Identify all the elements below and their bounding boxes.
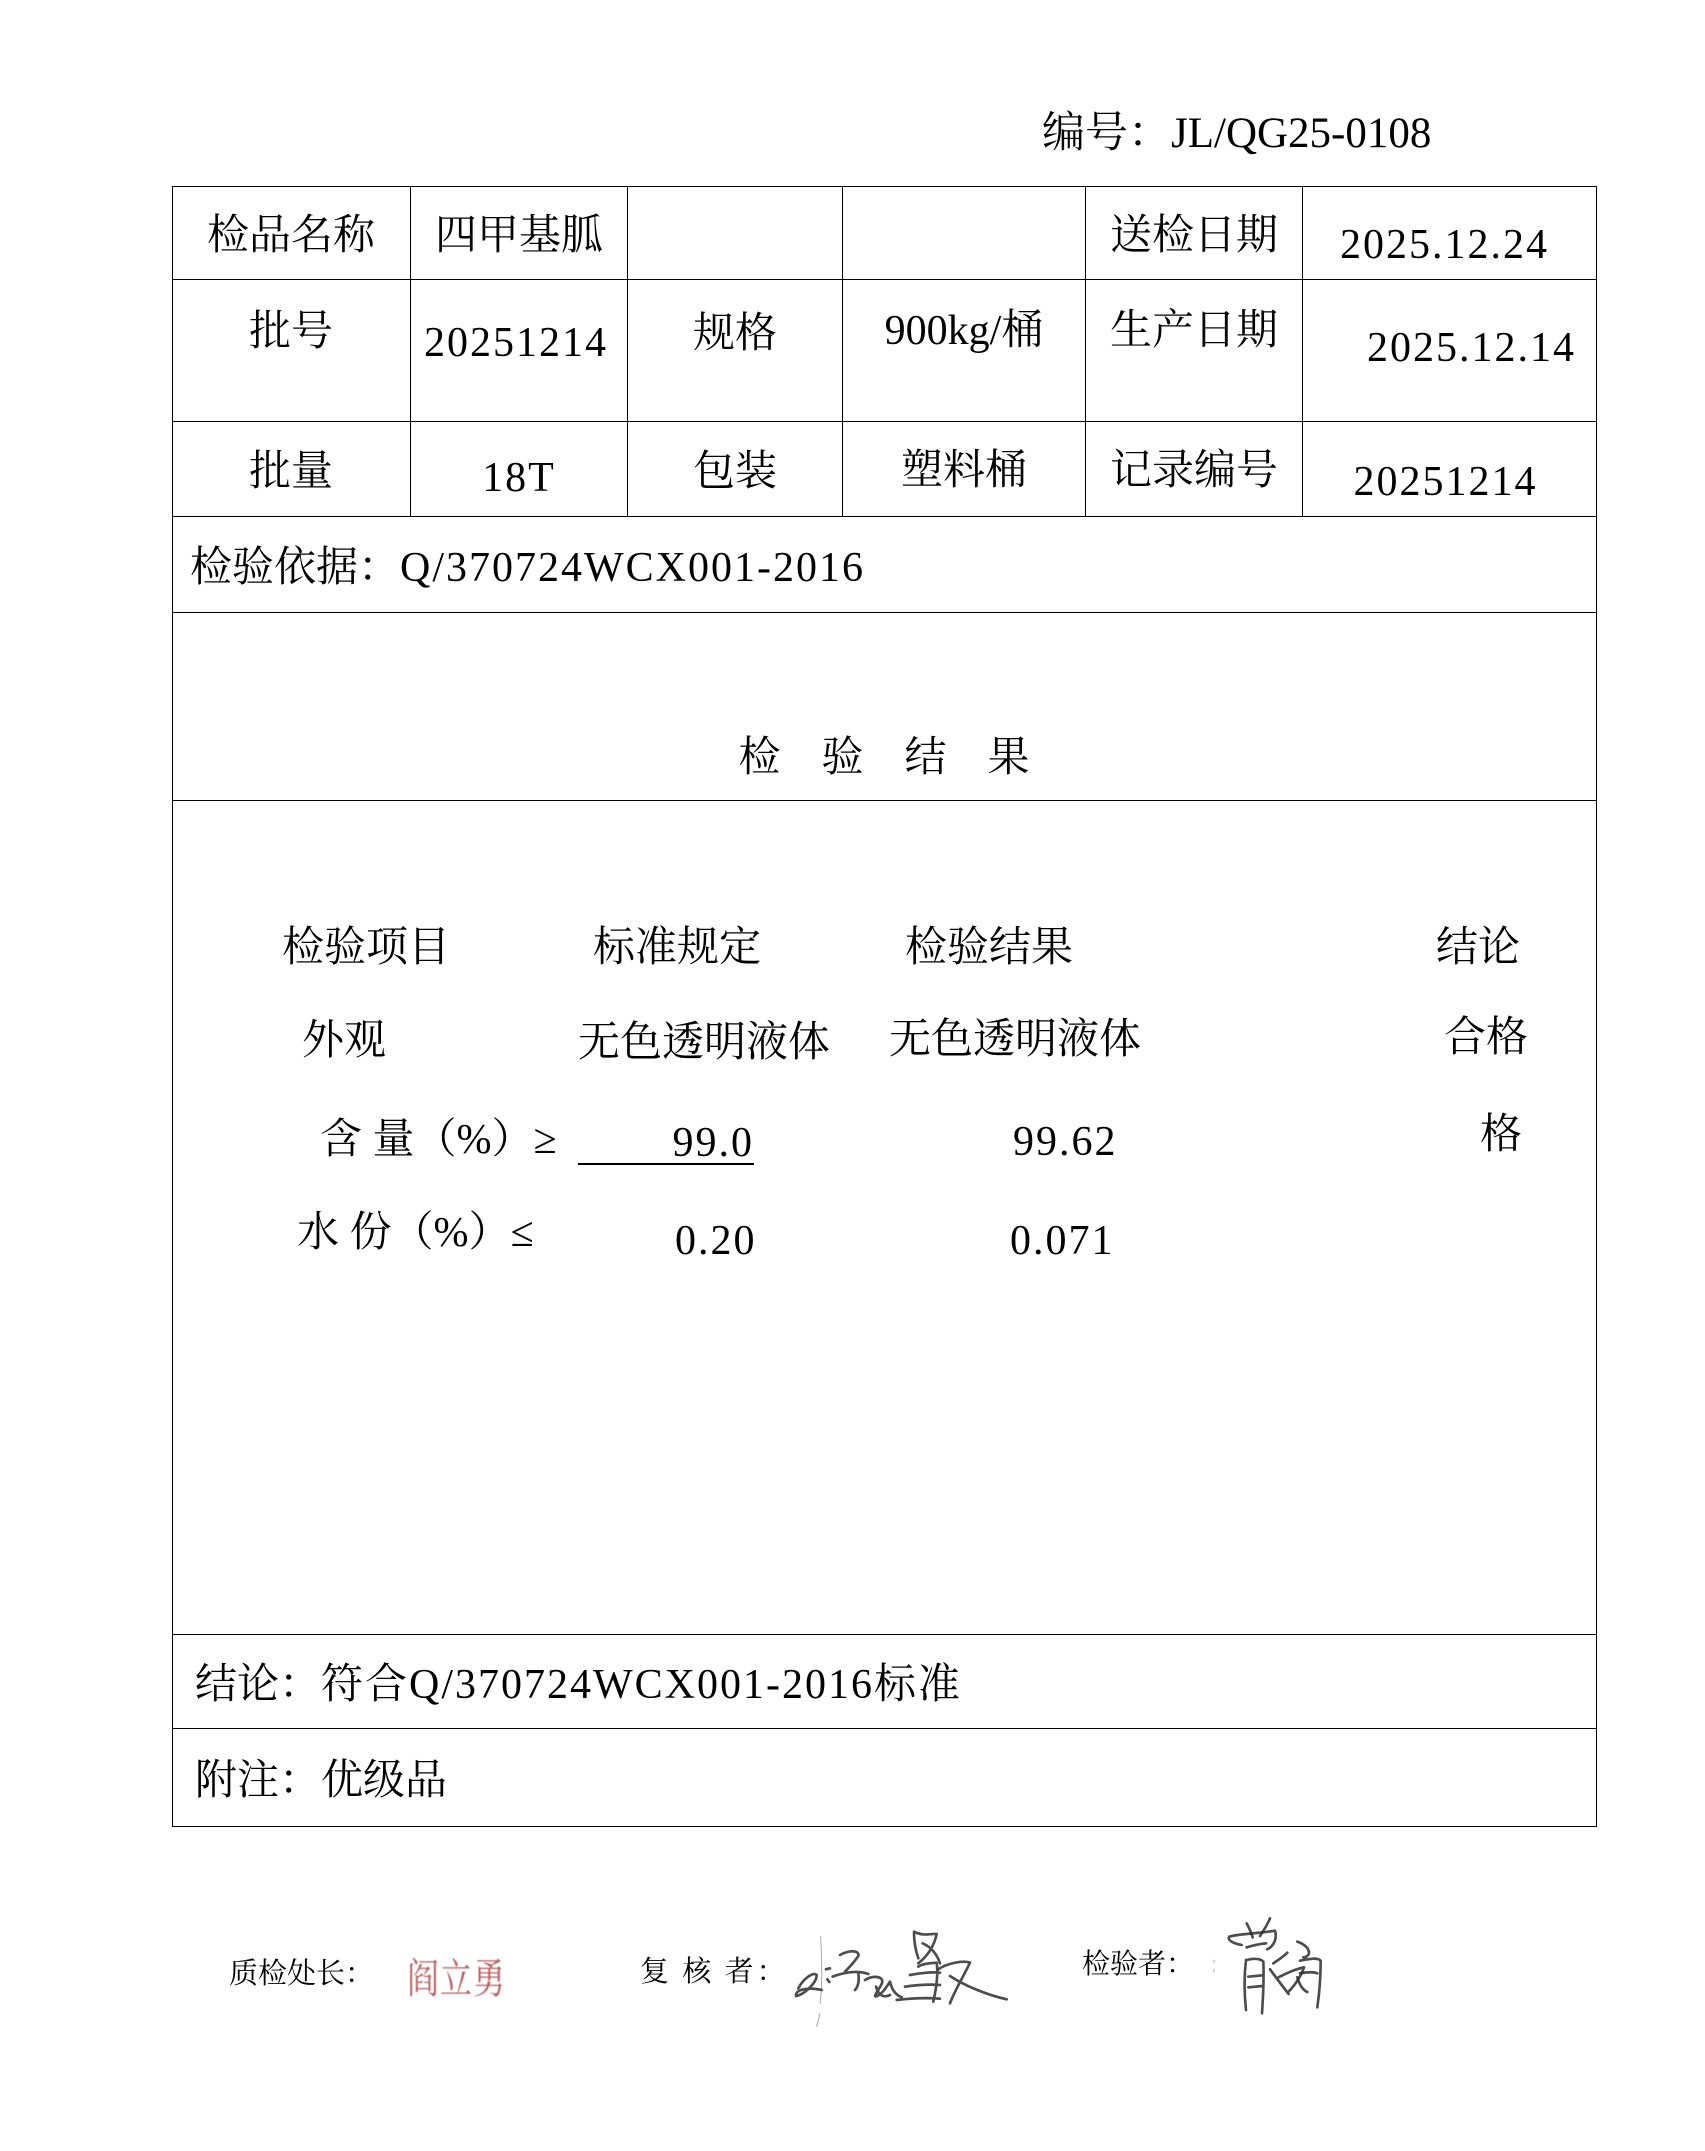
handwritten-signature-icon [790, 1920, 1010, 2040]
document-number-label: 编号： [1042, 110, 1171, 157]
results-section-title: 检验结果 [172, 737, 1596, 779]
sample-name-value: 四甲基胍 [411, 215, 627, 257]
batch-no-value: 20251214 [411, 322, 627, 364]
cell-inspection-basis: 检验依据：Q/370724WCX001-2016 [172, 517, 1597, 613]
handwritten-signature-icon [1210, 1910, 1340, 2030]
submit-date-value: 2025.12.24 [1303, 224, 1596, 266]
cell-batch-no-label: 批号 [172, 280, 411, 422]
inspection-basis-label: 检验依据： [190, 545, 400, 591]
spec-label: 规格 [628, 313, 842, 355]
column-header-result: 检验结果 [905, 927, 1073, 969]
record-no-label: 记录编号 [1086, 450, 1302, 492]
note: 附注：优级品 [195, 1760, 447, 1802]
conclusion: 结论：符合Q/370724WCX001-2016标准 [195, 1664, 962, 1706]
spec-value: 900kg/桶 [843, 310, 1085, 352]
document-number: 编号：JL/QG25-0108 [1042, 112, 1431, 155]
cell-spec-label: 规格 [628, 280, 843, 422]
note-value: 优级品 [321, 1758, 447, 1804]
result-value-moisture: 0.071 [1010, 1220, 1115, 1262]
batch-qty-label: 批量 [172, 451, 410, 493]
inspector-label: 检验者： [1082, 1951, 1194, 1979]
result-conclusion-appearance: 合格 [1444, 1017, 1528, 1059]
result-item-moisture: 水 份（%）≤ [297, 1212, 534, 1254]
cell-spec: 900kg/桶 [843, 280, 1086, 422]
packaging-label: 包装 [628, 451, 842, 493]
cell-empty-1 [628, 186, 843, 280]
cell-batch-qty-label: 批量 [172, 422, 411, 517]
result-item-appearance: 外观 [302, 1020, 386, 1062]
record-no-value: 20251214 [1303, 461, 1596, 503]
column-header-item: 检验项目 [282, 927, 450, 969]
sample-name-label: 检品名称 [172, 215, 410, 257]
inspection-basis: 检验依据：Q/370724WCX001-2016 [190, 547, 865, 589]
conclusion-value: 符合Q/370724WCX001-2016标准 [321, 1662, 962, 1708]
cell-batch-qty: 18T [411, 422, 628, 517]
cell-submit-date-label: 送检日期 [1086, 186, 1303, 280]
result-value-content: 99.62 [1013, 1121, 1118, 1163]
cell-sample-name: 四甲基胍 [411, 186, 628, 280]
conclusion-label: 结论： [195, 1662, 321, 1708]
inspector-signature [1210, 1910, 1340, 2030]
cell-production-date: 2025.12.14 [1303, 280, 1597, 422]
cell-batch-no: 20251214 [411, 280, 628, 422]
document-number-value: JL/QG25-0108 [1171, 110, 1431, 157]
qc-director-label: 质检处长： [229, 1960, 374, 1989]
cell-packaging: 塑料桶 [843, 422, 1086, 517]
result-standard-moisture: 0.20 [675, 1220, 757, 1262]
cell-note: 附注：优级品 [172, 1729, 1597, 1827]
inspection-sheet: 检品名称 四甲基胍 送检日期 2025.12.24 批号 20251214 规格… [172, 186, 1597, 1827]
cell-packaging-label: 包装 [628, 422, 843, 517]
cell-submit-date: 2025.12.24 [1303, 186, 1597, 280]
batch-qty-value: 18T [411, 457, 627, 499]
cell-production-date-label: 生产日期 [1086, 280, 1303, 422]
production-date-label: 生产日期 [1086, 310, 1302, 352]
inspection-basis-value: Q/370724WCX001-2016 [400, 545, 865, 591]
column-header-conclusion: 结论 [1436, 927, 1520, 969]
result-standard-appearance: 无色透明液体 [578, 1022, 830, 1064]
result-conclusion-content: 格 [1480, 1114, 1522, 1156]
qc-director-stamp: 阎立勇 [407, 1958, 506, 2000]
cell-results-title: 检验结果 [172, 613, 1597, 801]
results-area: 检验项目 标准规定 检验结果 结论 外观 无色透明液体 无色透明液体 合格 含 … [172, 801, 1597, 1635]
result-item-content: 含 量（%）≥ [320, 1119, 557, 1161]
production-date-value: 2025.12.14 [1303, 327, 1596, 369]
note-label: 附注： [195, 1758, 321, 1804]
cell-empty-2 [843, 186, 1086, 280]
column-header-standard: 标准规定 [593, 927, 761, 969]
submit-date-label: 送检日期 [1086, 215, 1302, 257]
cell-sample-name-label: 检品名称 [172, 186, 411, 280]
cell-record-no-label: 记录编号 [1086, 422, 1303, 517]
batch-no-label: 批号 [172, 311, 410, 353]
cell-conclusion: 结论：符合Q/370724WCX001-2016标准 [172, 1635, 1597, 1729]
reviewer-label: 复 核 者： [640, 1958, 789, 1987]
reviewer-signature [790, 1920, 1010, 2040]
result-standard-content: 99.0 [578, 1124, 754, 1165]
cell-record-no: 20251214 [1303, 422, 1597, 517]
result-value-appearance: 无色透明液体 [889, 1019, 1141, 1061]
packaging-value: 塑料桶 [843, 450, 1085, 492]
